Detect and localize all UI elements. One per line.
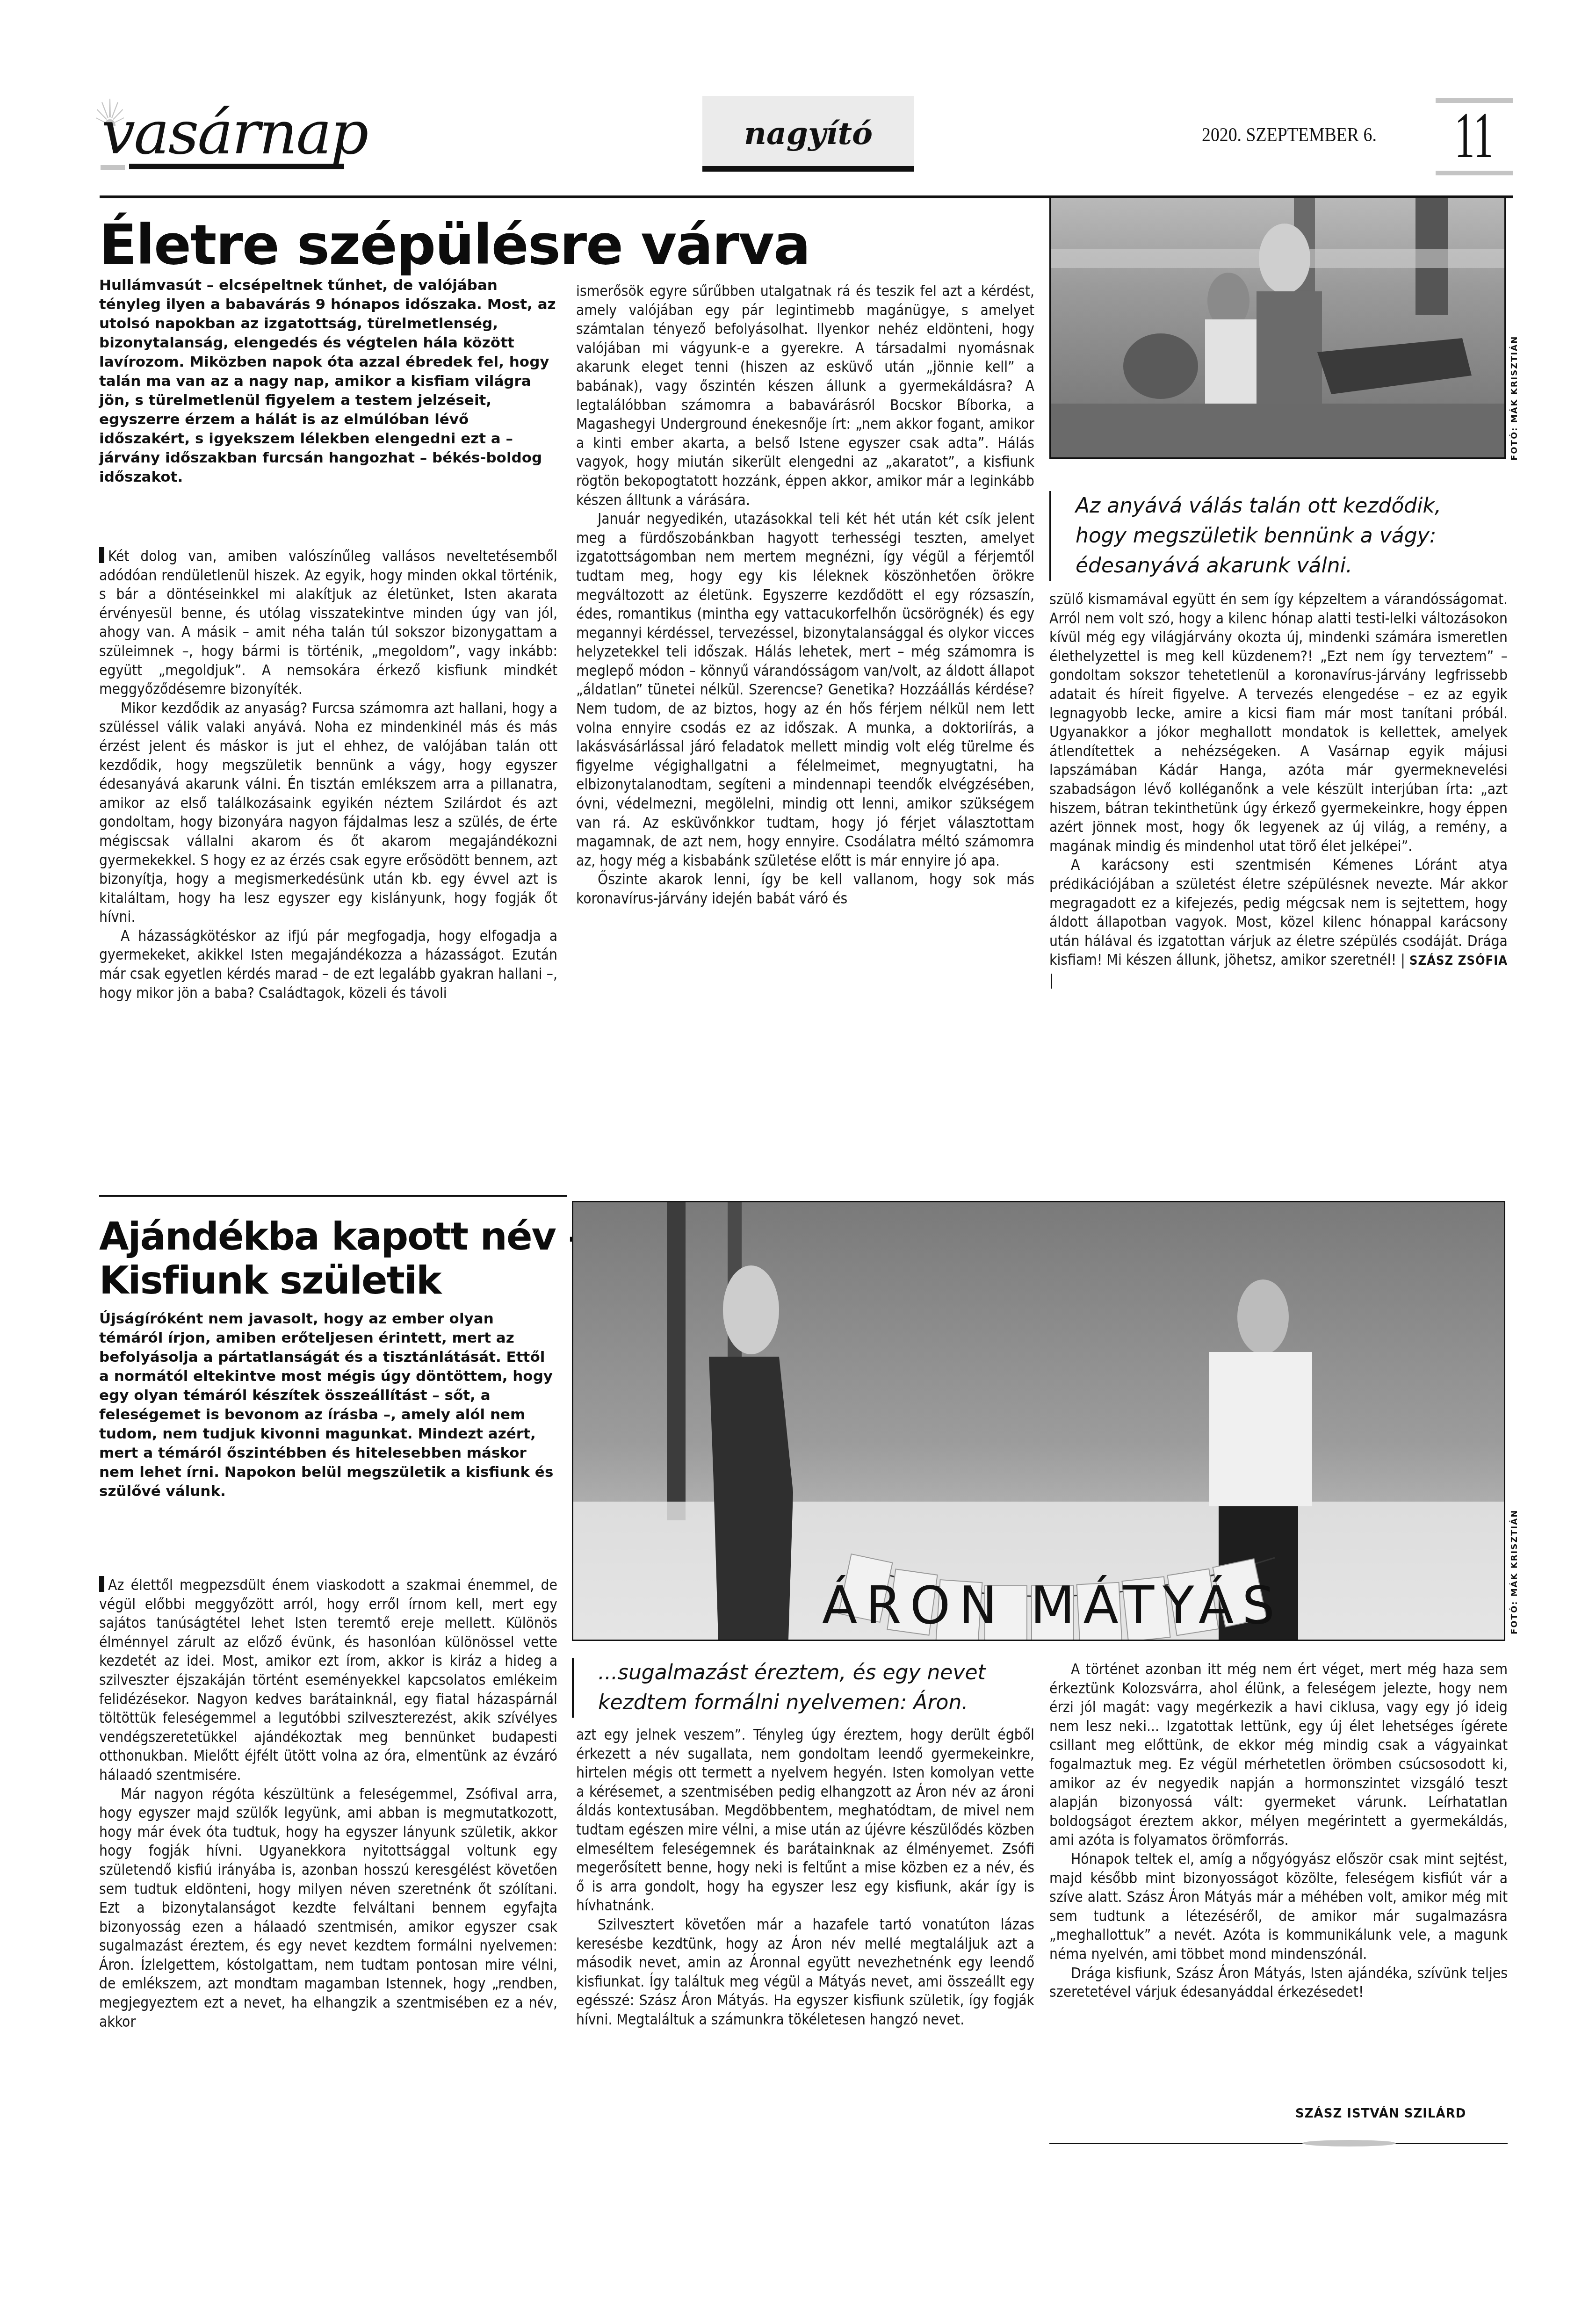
article1-photo-credit: FOTÓ: MÁK KRISZTIÁN	[1509, 336, 1519, 461]
article2-lead: Újságíróként nem javasolt, hogy az ember…	[99, 1309, 557, 1501]
article1-paragraph: Január negyedikén, utazásokkal teli két …	[576, 510, 1034, 870]
logo-rule	[129, 164, 344, 169]
article2-paragraph: Már nagyon régóta készültünk a feleségem…	[99, 1785, 557, 2032]
paragraph-marker	[99, 1576, 104, 1592]
article1-column-1: Két dolog van, amiben valószínűleg vallá…	[99, 547, 557, 1003]
article1-paragraph: Mikor kezdődik az anyaság? Furcsa számom…	[99, 699, 557, 927]
article2-photo: ÁRON MÁTYÁS	[572, 1201, 1505, 1641]
issue-date: 2020. SZEPTEMBER 6.	[1202, 124, 1377, 146]
article1-pull-quote: Az anyává válás talán ott kezdődik, hogy…	[1049, 491, 1496, 581]
article1-author: SZÁSZ ZSÓFIA	[1409, 954, 1508, 968]
article1-paragraph: szülő kismamával együtt én sem így képze…	[1049, 590, 1508, 856]
article1-column-3: szülő kismamával együtt én sem így képze…	[1049, 590, 1508, 990]
article1-lead: Hullámvasút – elcsépeltnek tűnhet, de va…	[99, 276, 557, 487]
banner-letters: ÁRON MÁTYÁS	[822, 1575, 1283, 1635]
paragraph-marker	[99, 547, 104, 563]
article2-column-3: A történet azonban itt még nem ért véget…	[1049, 1660, 1508, 2002]
couple-sitting-in-park-image	[1051, 198, 1504, 457]
article1-paragraph: ismerősök egyre sűrűbben utalgatnak rá é…	[576, 282, 1034, 510]
article2-headline: Ajándékba kapott név – Kisfiunk születik	[99, 1215, 586, 1303]
article1-paragraph: Őszinte akarok lenni, így be kell vallan…	[576, 870, 1034, 908]
article2-paragraph: Hónapok teltek el, amíg a nőgyógyász elő…	[1049, 1850, 1508, 1964]
publication-logo: vasárnap	[96, 101, 292, 171]
page-number-rule-bottom	[1436, 171, 1513, 175]
article2-paragraph: A történet azonban itt még nem ért véget…	[1049, 1660, 1508, 1850]
article2-paragraph: Az élettől megpezsdült énem viaskodott a…	[99, 1576, 557, 1785]
signature-swoosh	[1302, 2140, 1396, 2147]
article2-pull-quote: ...sugalmazást éreztem, és egy nevet kez…	[572, 1658, 1019, 1718]
article2-column-2: azt egy jelnek veszem”. Tényleg úgy érez…	[576, 1726, 1034, 2030]
article1-paragraph: A házasságkötéskor az ifjú pár megfogadj…	[99, 927, 557, 1003]
article-divider	[99, 1195, 567, 1197]
masthead: vasárnap nagyító 2020. SZEPTEMBER 6. 11	[0, 0, 1596, 206]
couple-holding-name-banner-image: ÁRON MÁTYÁS	[573, 1202, 1504, 1640]
article2-paragraph: azt egy jelnek veszem”. Tényleg úgy érez…	[576, 1726, 1034, 1915]
article2-paragraph: Drága kisfiunk, Szász Áron Mátyás, Isten…	[1049, 1964, 1508, 2002]
section-tab-bar	[702, 166, 914, 172]
section-label: nagyító	[702, 115, 914, 152]
article2-photo-credit: FOTÓ: MÁK KRISZTIÁN	[1509, 1510, 1519, 1634]
article2-column-1: Az élettől megpezsdült énem viaskodott a…	[99, 1576, 557, 2031]
article1-paragraph: Két dolog van, amiben valószínűleg vallá…	[99, 547, 557, 699]
logo-wordmark: vasárnap	[101, 101, 368, 166]
article2-paragraph: Szilvesztert követően már a hazafele tar…	[576, 1915, 1034, 2030]
logo-rule-accent	[101, 165, 125, 170]
article1-column-2: ismerősök egyre sűrűbben utalgatnak rá é…	[576, 282, 1034, 909]
page-number: 11	[1448, 101, 1500, 171]
article1-paragraph: A karácsony esti szentmisén Kémenes Lórá…	[1049, 856, 1508, 990]
article1-headline: Életre szépülésre várva	[99, 214, 810, 275]
signature-rule	[1049, 2143, 1508, 2144]
article1-photo	[1049, 196, 1506, 459]
article2-author: SZÁSZ ISTVÁN SZILÁRD	[1295, 2107, 1466, 2121]
